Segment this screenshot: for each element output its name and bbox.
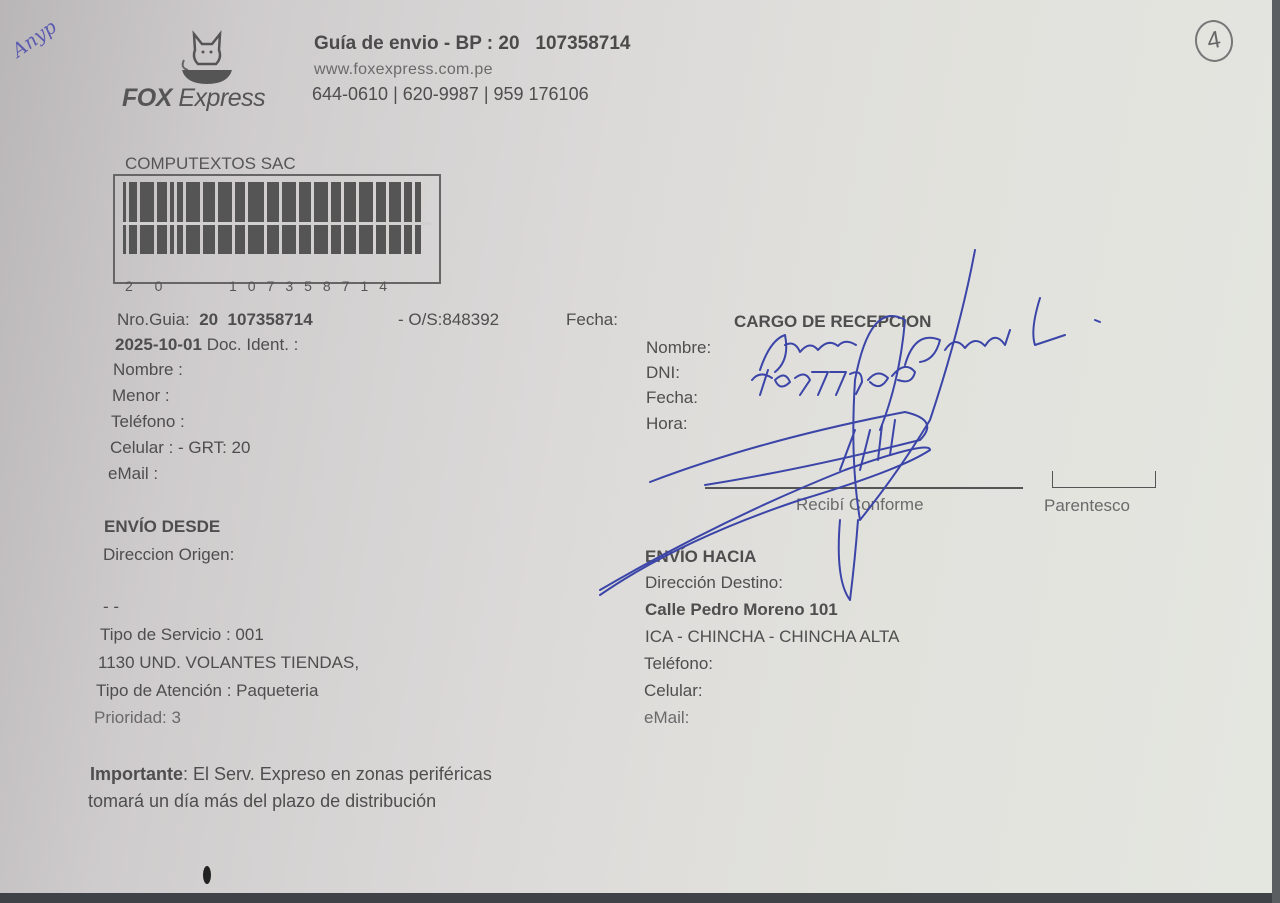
recepcion-fecha-label: Fecha: (646, 388, 698, 408)
signature-line (705, 487, 1023, 489)
shipping-guide-paper: Anyp FOX Express Guía de envio - BP : 20… (0, 0, 1272, 893)
important-note-line2: tomará un día más del plazo de distribuc… (88, 791, 436, 812)
guide-title: Guía de envio - BP : 20 107358714 (314, 33, 630, 55)
background-edge (1272, 0, 1280, 903)
destino-celular: Celular: (644, 681, 703, 701)
recepcion-nombre-label: Nombre: (646, 338, 711, 358)
recepcion-hora-label: Hora: (646, 414, 688, 434)
sender-telefono: Teléfono : (111, 412, 185, 432)
recepcion-dni-label: DNI: (646, 363, 680, 383)
destino-telefono: Teléfono: (644, 654, 713, 674)
parentesco-label: Parentesco (1044, 496, 1130, 516)
barcode: 2 0 107358714 (113, 174, 441, 284)
brand-name: FOX Express (122, 84, 265, 113)
parentesco-box (1052, 471, 1156, 488)
direccion-origen-label: Direccion Origen: (103, 545, 234, 565)
sender-company: COMPUTEXTOS SAC (125, 154, 296, 174)
phone-numbers: 644-0610 | 620-9987 | 959 176106 (312, 84, 589, 105)
direccion-origen-value: - - (103, 597, 119, 617)
contenido: 1130 UND. VOLANTES TIENDAS, (98, 653, 359, 673)
fecha-label: Fecha: (566, 310, 618, 330)
website: www.foxexpress.com.pe (314, 61, 493, 79)
prioridad: Prioridad: 3 (94, 708, 181, 728)
circled-page-number: 4 (1192, 17, 1237, 65)
recibi-conforme-label: Recibí Conforme (796, 495, 924, 515)
sender-email: eMail : (108, 464, 158, 484)
ink-blot (203, 866, 211, 884)
envio-desde-title: ENVÍO DESDE (104, 517, 220, 537)
cargo-recepcion-title: CARGO DE RECEPCION (734, 312, 931, 332)
important-note: Importante: El Serv. Expreso en zonas pe… (90, 764, 492, 785)
sender-nombre: Nombre : (113, 360, 183, 380)
fecha-doc-row: 2025-10-01 Doc. Ident. : (115, 335, 298, 355)
ubicacion-destino: ICA - CHINCHA - CHINCHA ALTA (645, 627, 899, 647)
sender-menor: Menor : (112, 386, 170, 406)
order-service-number: - O/S:848392 (398, 310, 499, 330)
barcode-bars (123, 182, 431, 254)
fox-logo-icon (172, 30, 242, 86)
sender-celular-grt: Celular : - GRT: 20 (110, 438, 250, 458)
tipo-servicio: Tipo de Servicio : 001 (100, 625, 264, 645)
direccion-destino-value: Calle Pedro Moreno 101 (645, 600, 838, 620)
nro-guia-row: Nro.Guia: 20 107358714 (117, 310, 313, 330)
direccion-destino-label: Dirección Destino: (645, 573, 783, 593)
tipo-atencion: Tipo de Atención : Paqueteria (96, 681, 318, 701)
destino-email: eMail: (644, 708, 689, 728)
envio-hacia-title: ENVÍO HACIA (645, 547, 756, 567)
handwritten-corner-note: Anyp (8, 16, 61, 62)
